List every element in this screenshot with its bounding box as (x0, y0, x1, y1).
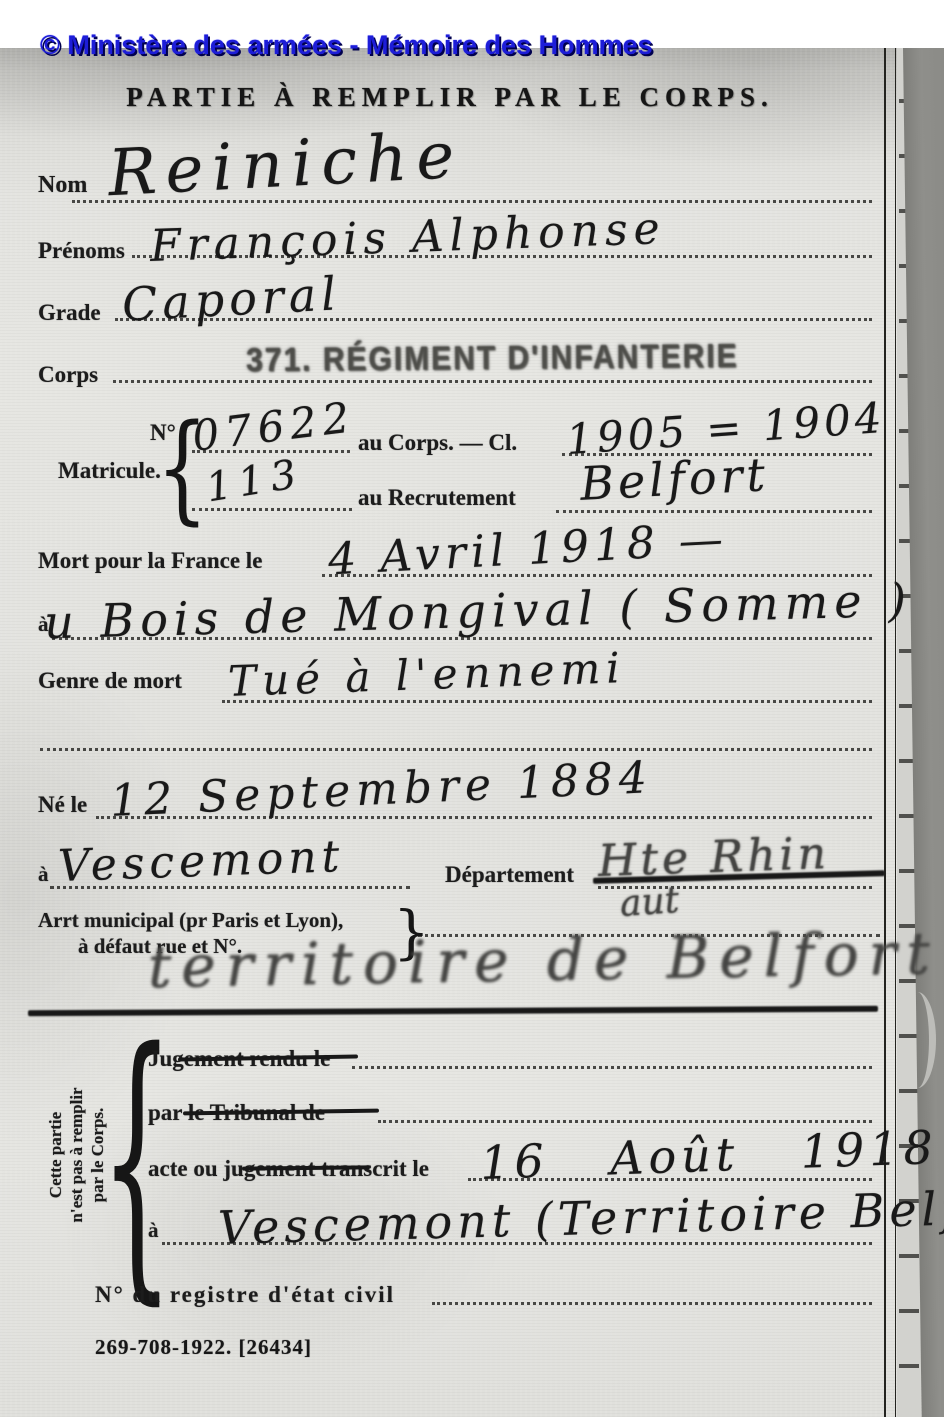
registre-label: N° du registre d'état civil (95, 1282, 395, 1308)
watermark-text: © Ministère des armées - Mémoire des Hom… (40, 30, 653, 61)
au-recrutement-label: au Recrutement (358, 485, 516, 511)
dotted-line (113, 380, 872, 383)
side-note-line: n'est pas à remplir (66, 1035, 87, 1275)
form-title: PARTIE À REMPLIR PAR LE CORPS. (0, 82, 900, 113)
arrondissement-label-line1: Arrt municipal (pr Paris et Lyon), (38, 908, 343, 933)
au-corps-label: au Corps. — Cl. (358, 430, 517, 456)
page-root: © Ministère des armées - Mémoire des Hom… (0, 0, 944, 1417)
grade-label: Grade (38, 300, 101, 326)
dotted-line (40, 748, 872, 751)
corps-label: Corps (38, 362, 98, 388)
departement-label: Département (445, 862, 574, 888)
dotted-line (556, 510, 872, 513)
recrutement-value: Belfort (579, 447, 771, 511)
ne-a-label: à (38, 862, 49, 887)
genre-mort-label: Genre de mort (38, 668, 182, 694)
ne-a-value: Vescemont (57, 831, 345, 892)
corps-regiment-stamp: 371. RÉGIMENT D'INFANTERIE (246, 338, 739, 380)
territoire-value: territoire de Belfort (147, 919, 940, 1001)
matricule-label: Matricule. (58, 458, 161, 484)
prenoms-label: Prénoms (38, 238, 125, 264)
nom-label: Nom (38, 172, 87, 199)
dotted-line (352, 1066, 872, 1069)
side-note-line: Cette partie (45, 1035, 66, 1275)
mort-label: Mort pour la France le (38, 548, 262, 574)
ne-le-label: Né le (38, 792, 87, 818)
footer-imprint: 269-708-1922. [26434] (95, 1335, 312, 1360)
departement-correction: aut (619, 880, 681, 925)
dotted-line (432, 1302, 872, 1305)
page-curl-highlight (899, 992, 936, 1088)
dotted-line (378, 1120, 872, 1123)
grade-value: Caporal (121, 266, 342, 331)
transcrit-a-label: à (148, 1218, 159, 1243)
